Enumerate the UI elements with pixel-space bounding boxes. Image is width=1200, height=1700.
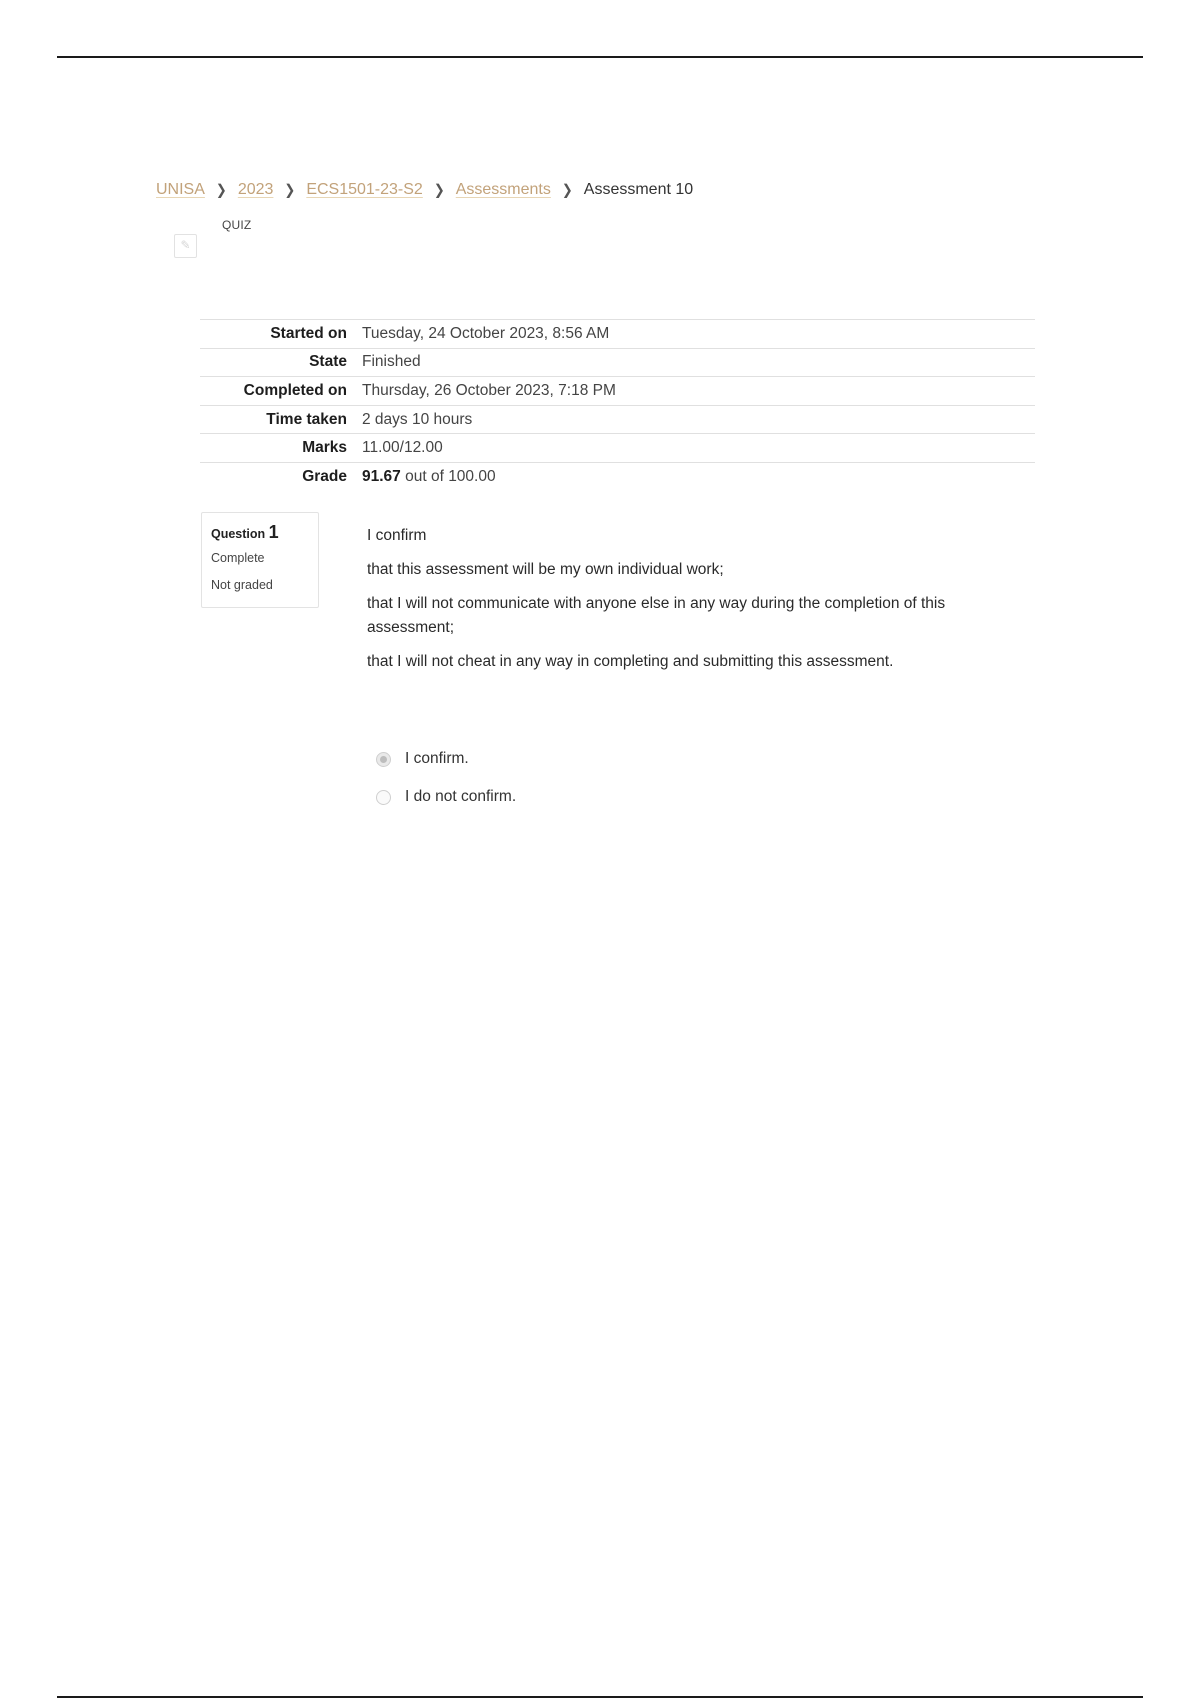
page-top-rule [57,56,1143,58]
summary-row-time-taken: Time taken 2 days 10 hours [200,405,1035,434]
chevron-right-icon: ❯ [284,179,295,201]
radio-unselected[interactable] [376,790,391,805]
answer-label: I do not confirm. [405,788,516,806]
question-paragraph: I confirm [367,524,1027,548]
summary-value: 11.00/12.00 [362,434,1035,463]
attempt-summary-table: Started on Tuesday, 24 October 2023, 8:5… [200,319,1035,491]
question-info-box: Question 1 Complete Not graded [201,512,319,608]
activity-type-label: QUIZ [222,218,251,232]
answer-option-confirm[interactable]: I confirm. [376,740,516,778]
chevron-right-icon: ❯ [434,179,445,201]
summary-row-state: State Finished [200,348,1035,377]
breadcrumb-link-unisa[interactable]: UNISA [156,180,205,200]
summary-row-started-on: Started on Tuesday, 24 October 2023, 8:5… [200,320,1035,349]
summary-label: Completed on [200,377,362,406]
summary-row-grade: Grade 91.67 out of 100.00 [200,462,1035,491]
question-grade: Not graded [211,578,318,592]
breadcrumb-current: Assessment 10 [584,180,693,200]
breadcrumb-link-course[interactable]: ECS1501-23-S2 [306,180,423,200]
grade-out-of: out of 100.00 [401,468,496,485]
summary-label: State [200,348,362,377]
summary-value: Thursday, 26 October 2023, 7:18 PM [362,377,1035,406]
summary-row-marks: Marks 11.00/12.00 [200,434,1035,463]
chevron-right-icon: ❯ [216,179,227,201]
summary-row-completed-on: Completed on Thursday, 26 October 2023, … [200,377,1035,406]
question-number-value: 1 [269,522,279,542]
question-number: Question 1 [211,522,318,543]
page-bottom-rule [57,1696,1143,1698]
summary-label: Grade [200,462,362,491]
question-text: I confirm that this assessment will be m… [367,524,1027,684]
radio-selected[interactable] [376,752,391,767]
summary-value: 2 days 10 hours [362,405,1035,434]
answer-label: I confirm. [405,750,469,768]
summary-label: Marks [200,434,362,463]
question-label: Question [211,527,265,541]
grade-score: 91.67 [362,468,401,485]
summary-label: Started on [200,320,362,349]
question-paragraph: that I will not communicate with anyone … [367,592,1027,640]
chevron-right-icon: ❯ [562,179,573,201]
answer-option-do-not-confirm[interactable]: I do not confirm. [376,778,516,816]
summary-value: Tuesday, 24 October 2023, 8:56 AM [362,320,1035,349]
summary-value: Finished [362,348,1035,377]
summary-value: 91.67 out of 100.00 [362,462,1035,491]
answer-options: I confirm. I do not confirm. [376,740,516,816]
summary-label: Time taken [200,405,362,434]
quiz-edit-icon: ✎ [174,234,197,258]
question-paragraph: that I will not cheat in any way in comp… [367,650,1027,674]
breadcrumb: UNISA ❯ 2023 ❯ ECS1501-23-S2 ❯ Assessmen… [156,180,693,200]
question-paragraph: that this assessment will be my own indi… [367,558,1027,582]
question-state: Complete [211,551,318,565]
breadcrumb-link-year[interactable]: 2023 [238,180,274,200]
breadcrumb-link-assessments[interactable]: Assessments [456,180,551,200]
